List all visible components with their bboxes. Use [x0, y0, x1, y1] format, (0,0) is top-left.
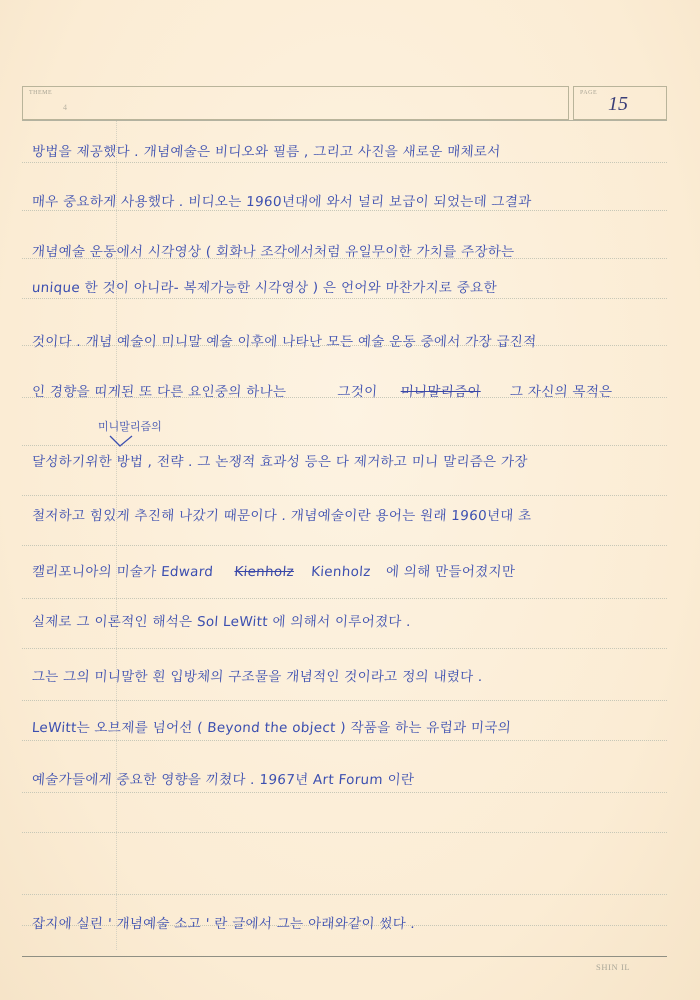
handwritten-line: 잡지에 실린 ' 개념예술 소고 ' 란 글에서 그는 아래와같이 썼다 . [31, 912, 672, 932]
handwritten-line: 개념예술 운동에서 시각영상 ( 회화나 조각에서처럼 유일무이한 가치를 주장… [31, 240, 672, 260]
struck-word: Kienholz [234, 564, 295, 580]
rule-line [22, 120, 667, 121]
theme-mark: 4 [63, 103, 67, 112]
theme-label: THEME [29, 90, 52, 96]
handwritten-line: unique 한 것이 아니라- 복제가능한 시각영상 ) 은 언어와 마찬가지… [31, 276, 672, 296]
line-9-text: 캘리포니아의 미술가 Edward [31, 564, 213, 580]
handwritten-line: 매우 중요하게 사용했다 . 비디오는 1960년대에 와서 널리 보급이 되었… [31, 190, 672, 210]
line-6-end: 그 자신의 목적은 [509, 384, 613, 400]
rule-line [22, 545, 667, 546]
rule-line [22, 298, 667, 299]
handwritten-line: 그는 그의 미니말한 흰 입방체의 구조물을 개념적인 것이라고 정의 내렸다 … [31, 665, 672, 685]
line-9-end: 에 의해 만들어졌지만 [385, 564, 515, 580]
signature-label: SHIN IL [596, 962, 630, 972]
rule-line [22, 700, 667, 701]
page-box: PAGE 15 [573, 86, 667, 120]
manuscript-page: THEME 4 PAGE 15 방법을 제공했다 . 개념예술은 비디오와 필름… [0, 0, 700, 1000]
handwritten-line: 방법을 제공했다 . 개념예술은 비디오와 필름 , 그리고 사진을 새로운 매… [31, 140, 672, 160]
handwritten-line-9: 캘리포니아의 미술가 Edward Kienholz Kienholz 에 의해… [31, 560, 672, 580]
insertion-caret-icon [108, 434, 134, 448]
line-6-text: 인 경향을 띠게된 또 다른 요인중의 하나는 [31, 384, 286, 400]
rule-line [22, 162, 667, 163]
page-label: PAGE [580, 90, 597, 96]
rule-line [22, 598, 667, 599]
rule-line [22, 740, 667, 741]
rule-line [22, 495, 667, 496]
rule-line [22, 648, 667, 649]
rule-line [22, 894, 667, 895]
struck-word: 미니말리즘이 [400, 384, 481, 400]
inserted-text: 미니말리즘의 [98, 418, 162, 434]
rule-line [22, 792, 667, 793]
handwritten-line: 예술가들에게 중요한 영향을 끼쳤다 . 1967년 Art Forum 이란 [31, 768, 672, 788]
rule-line [22, 832, 667, 833]
handwritten-line: 철저하고 힘있게 추진해 나갔기 때문이다 . 개념예술이란 용어는 원래 19… [31, 504, 672, 524]
rule-line [22, 210, 667, 211]
theme-box: THEME 4 [22, 86, 569, 120]
line-6-mid: 그것이 [337, 384, 378, 400]
corrected-word: Kienholz [311, 564, 372, 580]
handwritten-line: 실제로 그 이론적인 해석은 Sol LeWitt 에 의해서 이루어졌다 . [31, 610, 672, 630]
handwritten-line: 것이다 . 개념 예술이 미니말 예술 이후에 나타난 모든 예술 운동 중에서… [31, 330, 672, 350]
bottom-rule [22, 956, 667, 957]
handwritten-line: 달성하기위한 방법 , 전략 . 그 논쟁적 효과성 등은 다 제거하고 미니 … [31, 450, 672, 470]
handwritten-line: LeWitt는 오브제를 넘어선 ( Beyond the object ) 작… [31, 716, 672, 736]
page-number: 15 [608, 93, 628, 116]
handwritten-line-6: 인 경향을 띠게된 또 다른 요인중의 하나는 그것이 미니말리즘이 그 자신의… [31, 380, 672, 400]
